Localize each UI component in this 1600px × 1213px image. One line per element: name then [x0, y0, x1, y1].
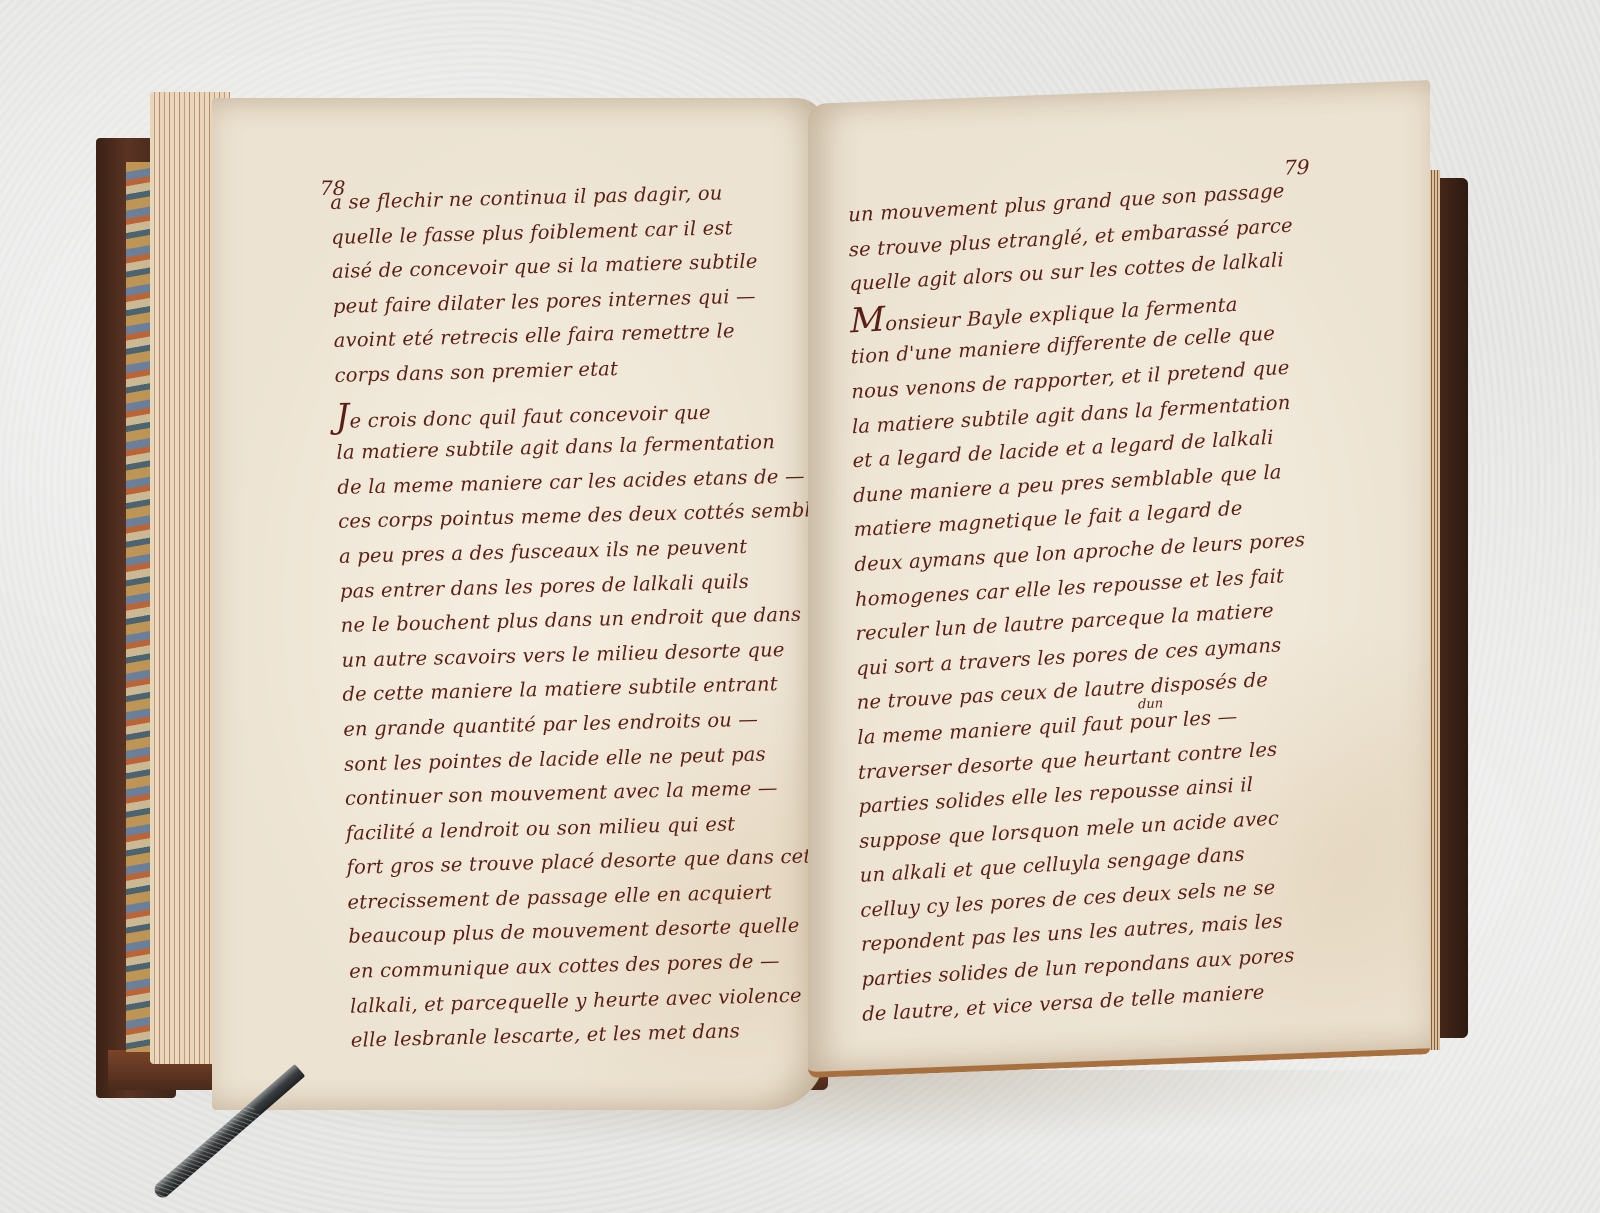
left-page: 78 a se flechir ne continua il pas dagir…	[212, 98, 826, 1110]
decorative-capital: J	[335, 396, 350, 436]
left-page-text: a se flechir ne continua il pas dagir, o…	[330, 175, 821, 1059]
marbled-endpaper	[126, 162, 150, 1052]
decorative-capital: M	[850, 299, 886, 341]
right-page: 79 un mouvement plus grand que son passa…	[808, 80, 1430, 1078]
right-page-text: un mouvement plus grand que son passages…	[848, 167, 1422, 1032]
interlinear-insertion: dun	[1138, 696, 1163, 712]
